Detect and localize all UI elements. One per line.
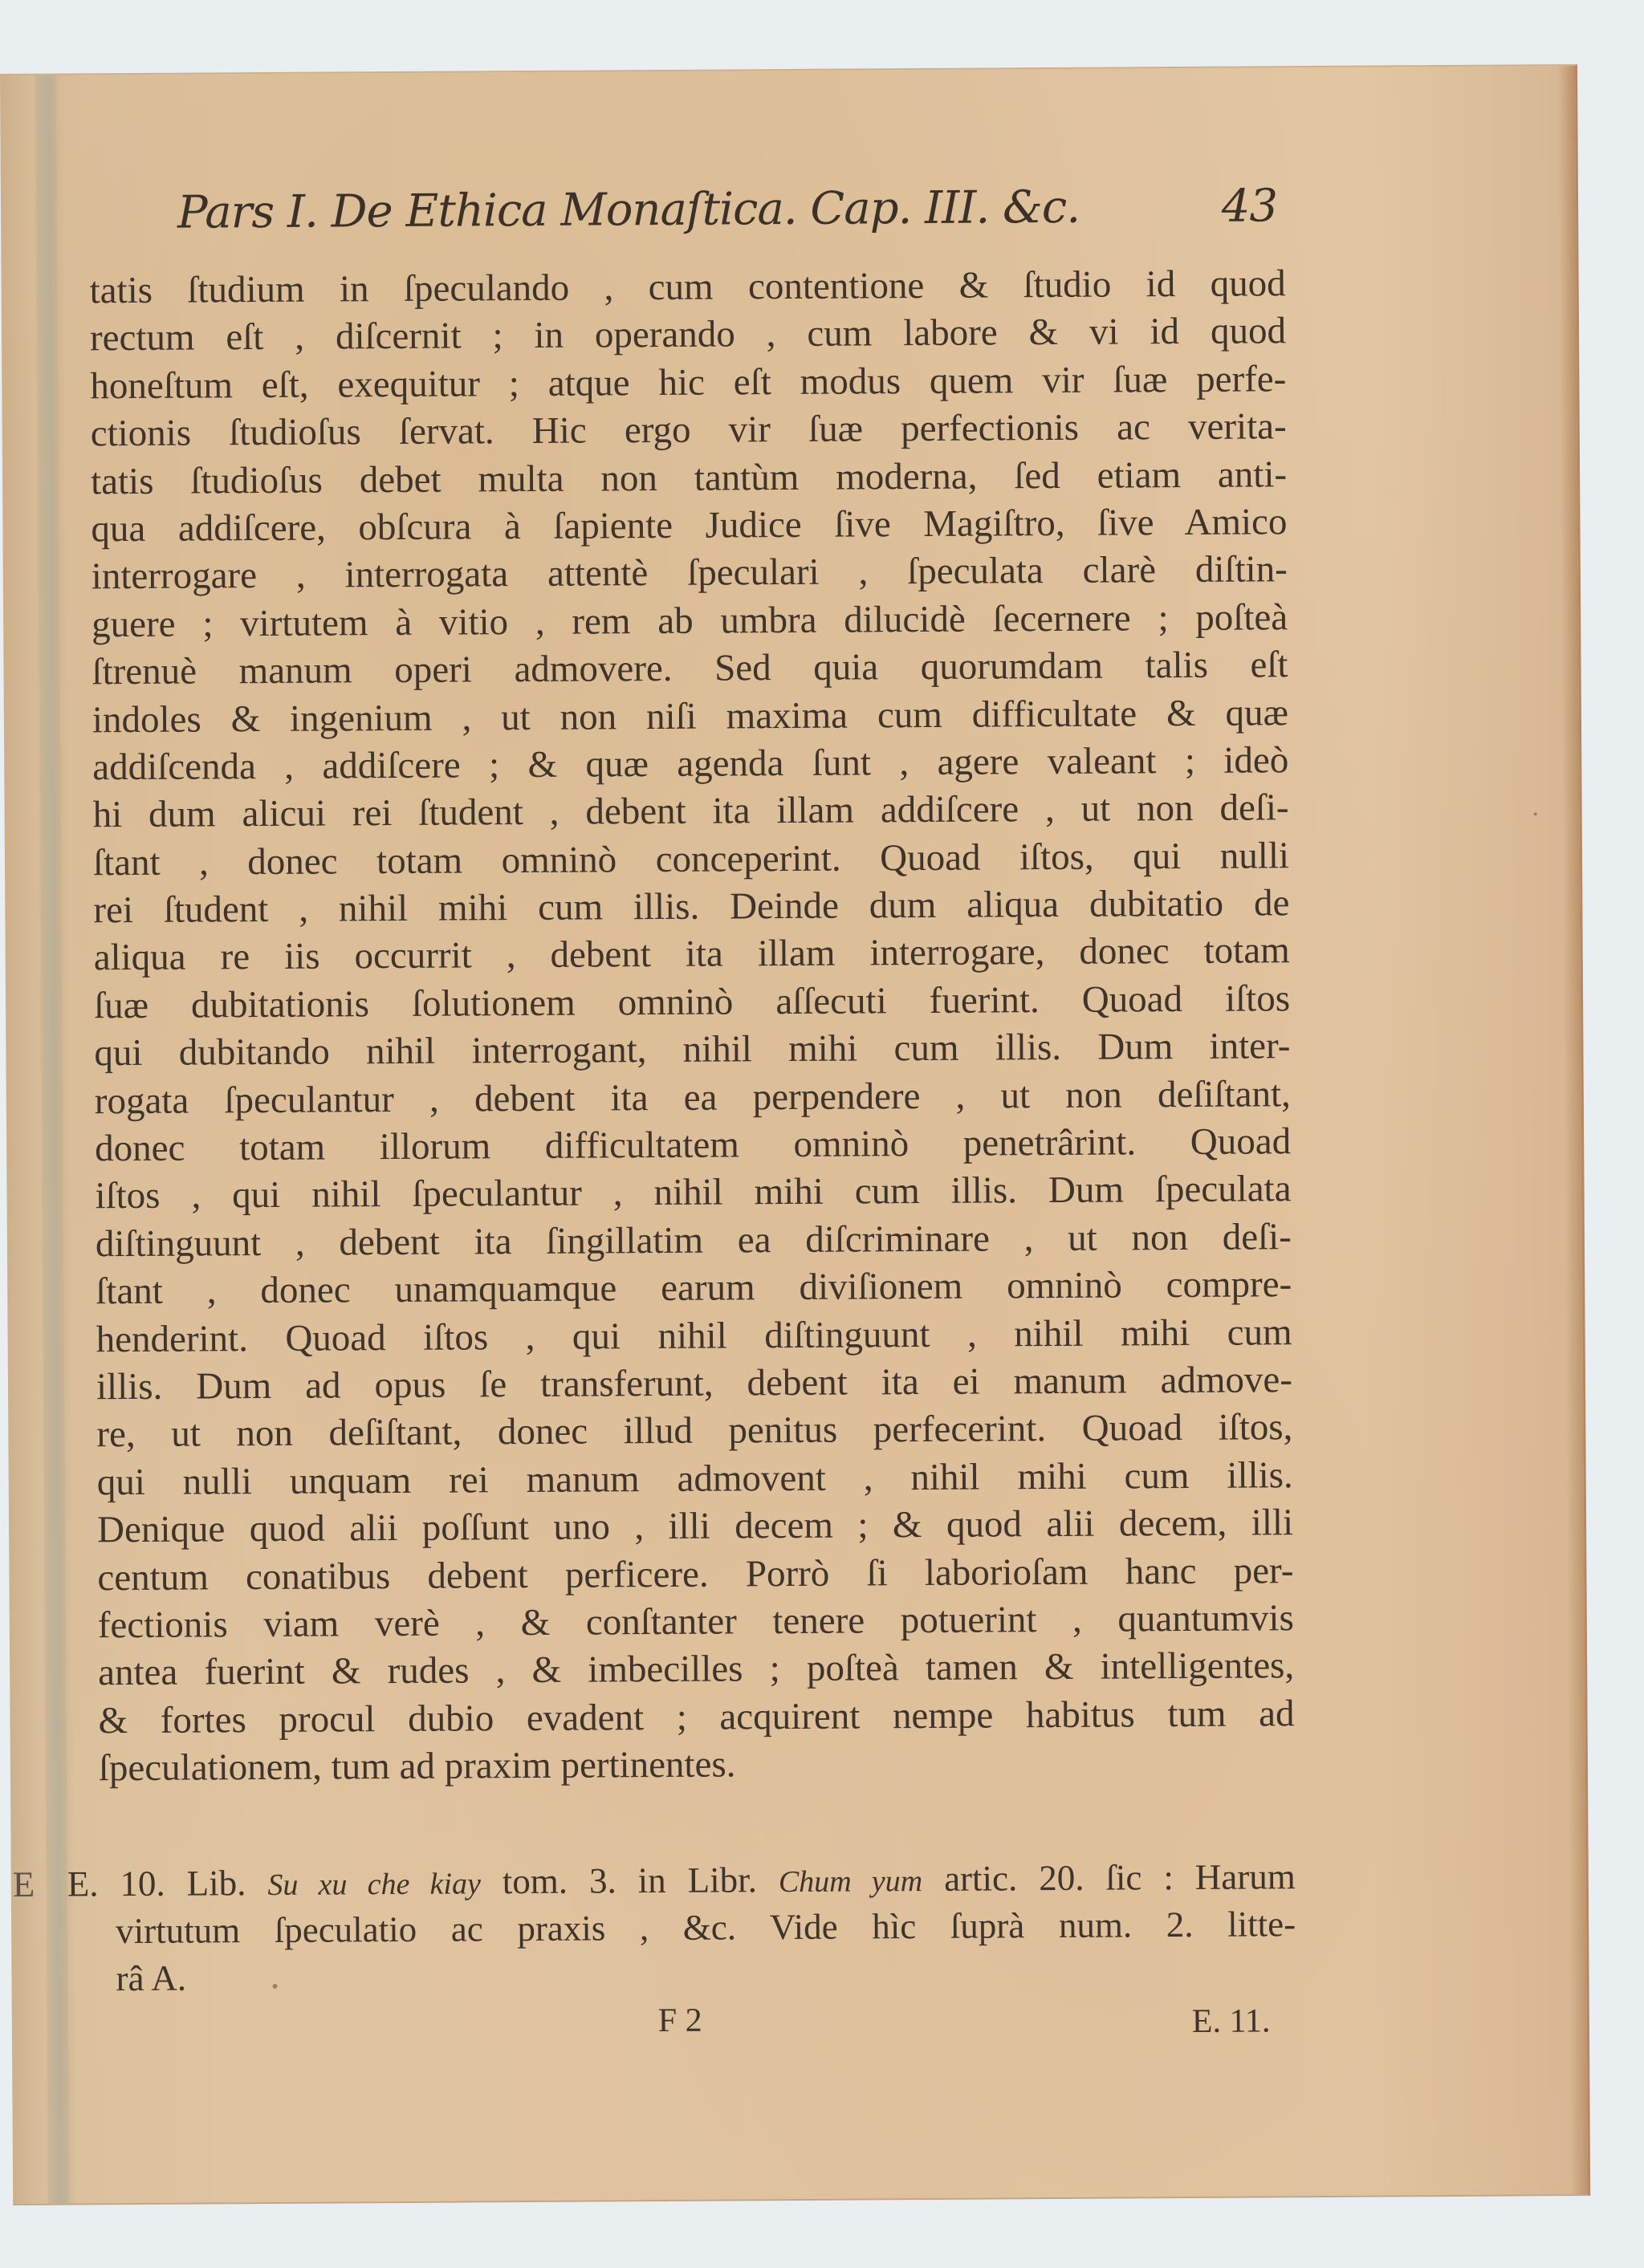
text-line: addiſcenda , addiſcere ; & quæ agenda ſu… (92, 737, 1288, 791)
text-line: re, ut non deſiſtant, donec illud penitu… (96, 1404, 1292, 1459)
text-line: antea fuerint & rudes , & imbecilles ; p… (98, 1643, 1294, 1697)
text-line: interrogare , interrogata attentè ſpecul… (92, 547, 1288, 601)
text-line: centum conatibus debent perficere. Porrò… (97, 1547, 1293, 1602)
signature-mark: F 2 (658, 2002, 702, 2040)
footnote-line: virtutum ſpeculatio ac praxis , &c. Vide… (67, 1900, 1296, 1955)
running-head: Pars I. De Ethica Monaſtica. Cap. III. &… (177, 180, 1277, 250)
footnote: E E. 10. Lib. Su xu che kiay tom. 3. in … (67, 1853, 1296, 2002)
footnote-line: E. 10. Lib. Su xu che kiay tom. 3. in Li… (67, 1853, 1296, 1908)
text-line: Denique quod alii poſſunt uno , illi dec… (97, 1499, 1293, 1554)
book-page: Pars I. De Ethica Monaſtica. Cap. III. &… (0, 64, 1590, 2205)
text-line: ſtant , donec totam omninò conceperint. … (93, 832, 1289, 887)
text-line: ctionis ſtudioſus ſervat. Hic ergo vir ſ… (91, 403, 1287, 457)
text-line: qui nulli unquam rei manum admovent , ni… (97, 1452, 1293, 1506)
text-line: rectum eſt , diſcernit ; in operando , c… (90, 308, 1286, 363)
text-line: illis. Dum ad opus ſe transferunt, deben… (96, 1356, 1292, 1411)
page-number: 43 (1222, 180, 1278, 232)
footnote-label: E. 10. Lib. (67, 1863, 246, 1904)
footnote-book-title: Chum yum (779, 1864, 923, 1899)
text-line: tatis ſtudium in ſpeculando , cum conten… (89, 260, 1285, 315)
paper-speck (1534, 812, 1537, 815)
text-line: ſtant , donec unamquamque earum diviſion… (96, 1261, 1292, 1315)
text-line: qua addiſcere, obſcura à ſapiente Judice… (91, 498, 1287, 553)
text-line: ſtrenuè manum operi admovere. Sed quia q… (92, 641, 1288, 696)
text-line: tatis ſtudioſus debet multa non tantùm m… (91, 451, 1287, 506)
text-line: iſtos , qui nihil ſpeculantur , nihil mi… (95, 1166, 1291, 1221)
footnote-book-title: Su xu che kiay (267, 1867, 481, 1902)
text-line: henderint. Quoad iſtos , qui nihil diſti… (96, 1309, 1292, 1364)
text-line: rei ſtudent , nihil mihi cum illis. Dein… (93, 880, 1289, 934)
body-text: tatis ſtudium in ſpeculando , cum conten… (89, 260, 1295, 1793)
text-line: aliqua re iis occurrit , debent ita illa… (94, 928, 1290, 982)
footnote-text: tom. 3. in Libr. (503, 1860, 757, 1901)
text-line: & fortes procul dubio evadent ; acquiren… (98, 1690, 1294, 1745)
catchword: E. 11. (1192, 2002, 1271, 2041)
text-line: donec totam illorum difficultatem omninò… (95, 1118, 1291, 1173)
footnote-line: râ A. (67, 1948, 1296, 2002)
text-line: qui dubitando nihil interrogant, nihil m… (94, 1022, 1290, 1077)
footnote-margin-marker: E (13, 1861, 35, 1908)
text-line: diſtinguunt , debent ita ſingillatim ea … (96, 1213, 1292, 1268)
text-line: honeſtum eſt, exequitur ; atque hic eſt … (90, 356, 1286, 410)
text-line: hi dum alicui rei ſtudent , debent ita i… (92, 785, 1288, 839)
paper-speck (273, 1984, 278, 1989)
binding-gutter (35, 75, 69, 2204)
running-title: Pars I. De Ethica Monaſtica. Cap. III. &… (177, 181, 1080, 239)
text-line: rogata ſpeculantur , debent ita ea perpe… (95, 1071, 1291, 1125)
text-line: guere ; virtutem à vitio , rem ab umbra … (92, 594, 1288, 648)
footnote-text: artic. 20. ſic : Harum (944, 1856, 1296, 1899)
text-line: ſpeculationem, tum ad praxim pertinentes… (99, 1738, 1295, 1792)
text-line: ſuæ dubitationis ſolutionem omninò aſſec… (94, 975, 1290, 1030)
text-line: indoles & ingenium , ut non niſi maxima … (92, 689, 1288, 744)
text-line: fectionis viam verè , & conſtanter tener… (98, 1595, 1294, 1649)
